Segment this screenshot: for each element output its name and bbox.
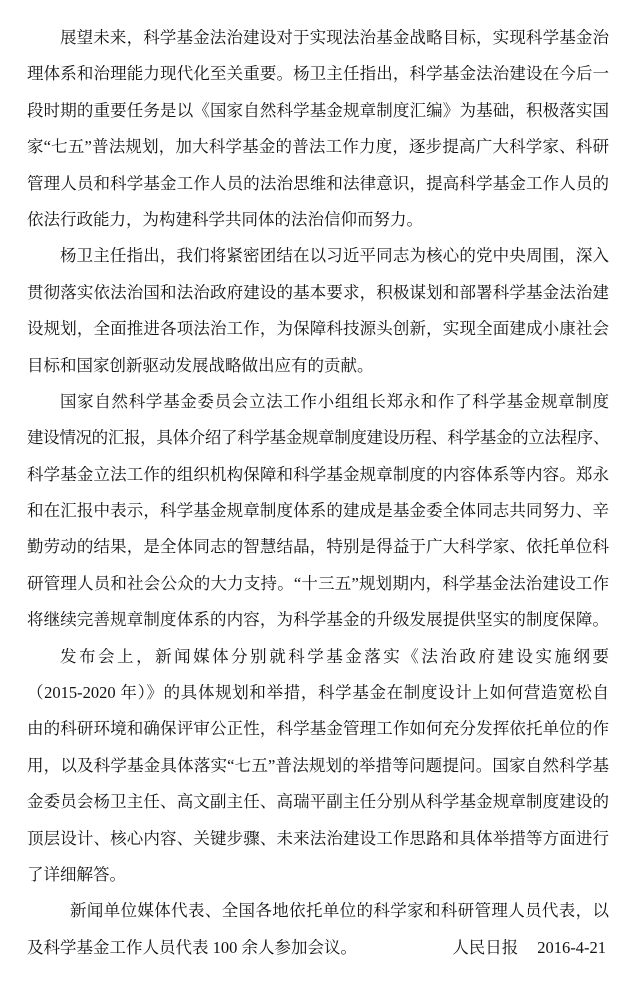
text-line: 设规划，全面推进各项法治工作，为保障科技源头创新，实现全面建成小康社会 bbox=[27, 311, 609, 347]
text-line: 目标和国家创新驱动发展战略做出应有的贡献。 bbox=[27, 348, 609, 384]
paragraph-outlook: 展望未来，科学基金法治建设对于实现法治基金战略目标，实现科学基金治 理体系和治理… bbox=[27, 20, 609, 238]
text-line: （2015-2020 年）》的具体规划和举措，科学基金在制度设计上如何营造宽松自 bbox=[27, 675, 609, 711]
publish-date: 2016-4-21 bbox=[537, 938, 606, 957]
text-line: 顶层设计、核心内容、关键步骤、未来法治建设工作思路和具体举措等方面进行 bbox=[27, 821, 609, 857]
text-line: 贯彻落实依法治国和法治政府建设的基本要求，积极谋划和部署科学基金法治建 bbox=[27, 275, 609, 311]
text-line: 金委员会杨卫主任、高文副主任、高瑞平副主任分别从科学基金规章制度建设的 bbox=[27, 784, 609, 820]
text-line: 发布会上，新闻媒体分别就科学基金落实《法治政府建设实施纲要 bbox=[27, 639, 609, 675]
text-line: 用，以及科学基金具体落实“七五”普法规划的举措等问题提问。国家自然科学基 bbox=[27, 748, 609, 784]
text-line: 家“七五”普法规划，加大科学基金的普法工作力度，逐步提高广大科学家、科研 bbox=[27, 129, 609, 165]
paragraph-press-conference: 发布会上，新闻媒体分别就科学基金落实《法治政府建设实施纲要 （2015-2020… bbox=[27, 639, 609, 894]
final-line: 及科学基金工作人员代表 100 余人参加会议。 人民日报2016-4-21 bbox=[27, 930, 609, 966]
text-line: 科学基金立法工作的组织机构保障和科学基金规章制度的内容体系等内容。郑永 bbox=[27, 457, 609, 493]
text-line: 研管理人员和社会公众的大力支持。“十三五”规划期内，科学基金法治建设工作 bbox=[27, 566, 609, 602]
signature: 人民日报2016-4-21 bbox=[452, 930, 606, 966]
text-line: 了详细解答。 bbox=[27, 857, 609, 893]
text-line: 及科学基金工作人员代表 100 余人参加会议。 bbox=[27, 930, 357, 966]
paragraph-yang-wei-remarks: 杨卫主任指出，我们将紧密团结在以习近平同志为核心的党中央周围，深入 贯彻落实依法… bbox=[27, 238, 609, 384]
paragraph-zheng-report: 国家自然科学基金委员会立法工作小组组长郑永和作了科学基金规章制度 建设情况的汇报… bbox=[27, 384, 609, 639]
text-line: 理体系和治理能力现代化至关重要。杨卫主任指出，科学基金法治建设在今后一 bbox=[27, 56, 609, 92]
text-line: 勤劳动的结果，是全体同志的智慧结晶，特别是得益于广大科学家、依托单位科 bbox=[27, 529, 609, 565]
text-line: 由的科研环境和确保评审公正性，科学基金管理工作如何充分发挥依托单位的作 bbox=[27, 711, 609, 747]
text-line: 展望未来，科学基金法治建设对于实现法治基金战略目标，实现科学基金治 bbox=[27, 20, 609, 56]
text-line: 将继续完善规章制度体系的内容，为科学基金的升级发展提供坚实的制度保障。 bbox=[27, 602, 609, 638]
text-line: 建设情况的汇报，具体介绍了科学基金规章制度建设历程、科学基金的立法程序、 bbox=[27, 420, 609, 456]
source-name: 人民日报 bbox=[452, 938, 518, 957]
paragraph-attendees: 新闻单位媒体代表、全国各地依托单位的科学家和科研管理人员代表，以 及科学基金工作… bbox=[27, 893, 609, 966]
text-line: 和在汇报中表示，科学基金规章制度体系的建成是基金委全体同志共同努力、辛 bbox=[27, 493, 609, 529]
text-line: 国家自然科学基金委员会立法工作小组组长郑永和作了科学基金规章制度 bbox=[27, 384, 609, 420]
text-line: 杨卫主任指出，我们将紧密团结在以习近平同志为核心的党中央周围，深入 bbox=[27, 238, 609, 274]
text-line: 依法行政能力，为构建科学共同体的法治信仰而努力。 bbox=[27, 202, 609, 238]
text-line: 新闻单位媒体代表、全国各地依托单位的科学家和科研管理人员代表，以 bbox=[27, 893, 609, 929]
text-line: 管理人员和科学基金工作人员的法治思维和法律意识，提高科学基金工作人员的 bbox=[27, 166, 609, 202]
text-line: 段时期的重要任务是以《国家自然科学基金规章制度汇编》为基础，积极落实国 bbox=[27, 93, 609, 129]
document-page: 展望未来，科学基金法治建设对于实现法治基金战略目标，实现科学基金治 理体系和治理… bbox=[27, 20, 609, 966]
